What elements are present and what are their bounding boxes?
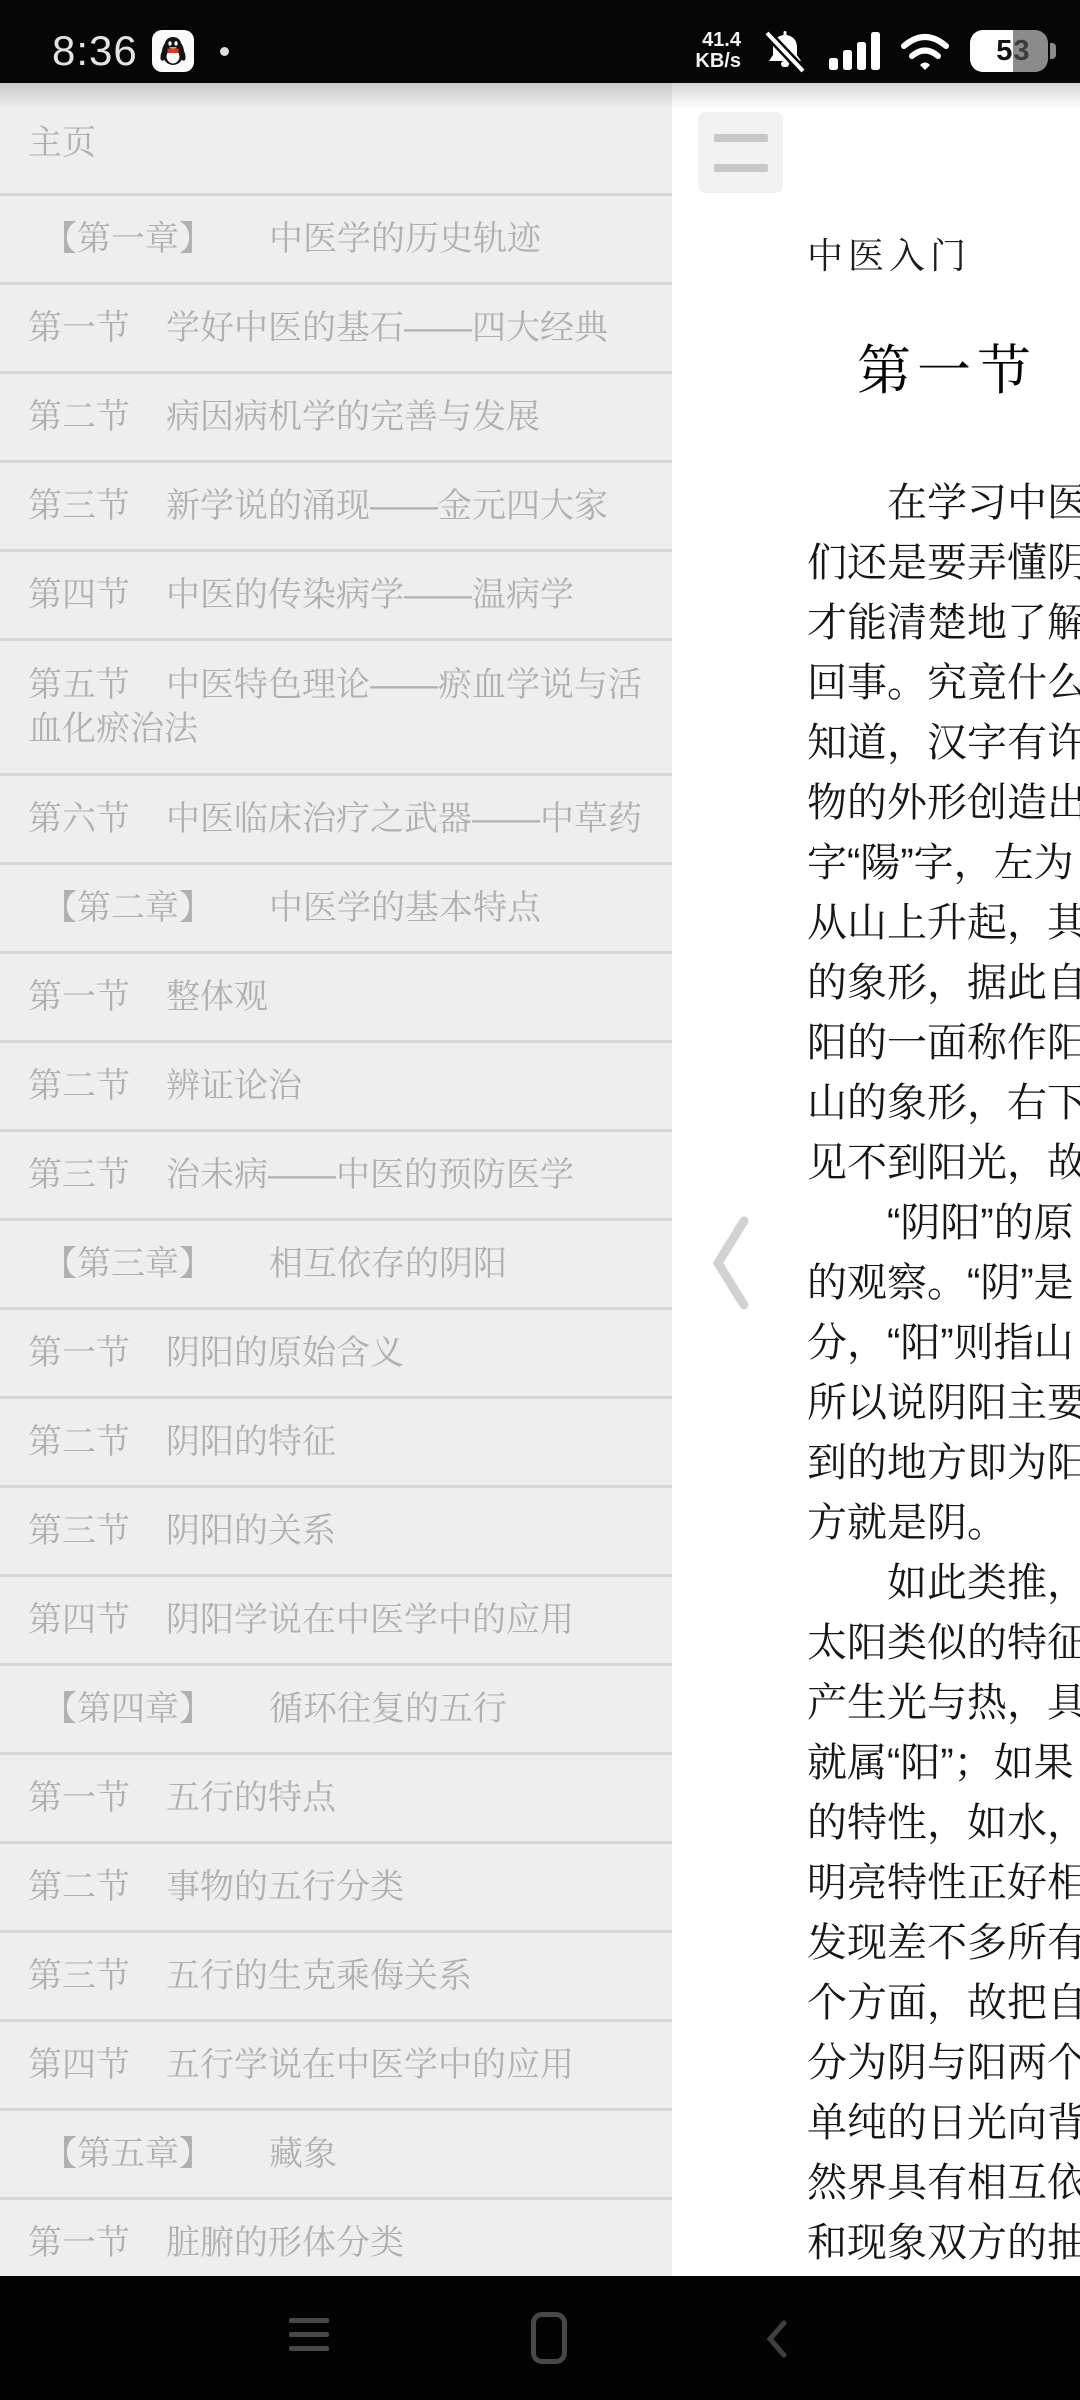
qq-penguin-icon [156, 34, 190, 68]
section-number: 第三节 [28, 1957, 130, 1995]
toc-item[interactable]: 第一节整体观 [0, 954, 672, 1043]
toc-item[interactable]: 第一节五行的特点 [0, 1755, 672, 1844]
body-line: 个方面，故把自 [807, 1973, 1080, 2033]
battery-percent-left: 5 [970, 30, 1013, 72]
toc-item[interactable]: 第四节五行学说在中医学中的应用 [0, 2022, 672, 2111]
body-line: 就属“阳”；如果 [807, 1733, 1080, 1793]
cell-signal-icon [829, 32, 880, 70]
toc-item[interactable]: 【第一章】中医学的历史轨迹 [0, 196, 672, 285]
toc-item-label: 五行学说在中医学中的应用 [166, 2046, 574, 2084]
section-number: 第四节 [28, 2046, 130, 2084]
toc-item[interactable]: 第三节新学说的涌现——金元四大家 [0, 463, 672, 552]
toc-item-label: 阴阳学说在中医学中的应用 [166, 1601, 574, 1639]
toc-item-label: 整体观 [166, 978, 268, 1016]
toc-item-label: 中医学的基本特点 [269, 889, 541, 927]
section-number: 第五节 [28, 666, 130, 704]
toc-item[interactable]: 第二节病因病机学的完善与发展 [0, 374, 672, 463]
body-line: 知道，汉字有许 [807, 713, 1080, 773]
body-line: 山的象形，右下 [807, 1073, 1080, 1133]
toc-item[interactable]: 第三节治未病——中医的预防医学 [0, 1132, 672, 1221]
body-line: 明亮特性正好相 [807, 1853, 1080, 1913]
body-line: 们还是要弄懂阴 [807, 533, 1080, 593]
body-line: 阳的一面称作阳 [807, 1013, 1080, 1073]
toc-item[interactable]: 【第三章】相互依存的阴阳 [0, 1221, 672, 1310]
toc-item-label: 循环往复的五行 [269, 1690, 507, 1728]
android-home-button[interactable] [531, 2312, 567, 2364]
paragraph: “阴阳”的原的观察。“阴”是分，“阳”则指山所以说阴阳主要到的地方即为阳方就是阴… [807, 1193, 1080, 1553]
body-line: 方就是阴。 [807, 1493, 1080, 1553]
chapter-number: 【第五章】 [43, 2135, 213, 2173]
bell-muted-icon [759, 27, 811, 75]
body-line: 所以说阴阳主要 [807, 1373, 1080, 1433]
body-line: 从山上升起，其 [807, 893, 1080, 953]
body-line: 到的地方即为阳 [807, 1433, 1080, 1493]
toc-item[interactable]: 第四节中医的传染病学——温病学 [0, 552, 672, 641]
body-line: 分，“阳”则指山 [807, 1313, 1080, 1373]
battery-percent-right: 3 [1013, 30, 1048, 72]
notification-dot-icon [220, 47, 229, 56]
paragraph: 在学习中医们还是要弄懂阴才能清楚地了解回事。究竟什么知道，汉字有许物的外形创造出… [807, 473, 1080, 1193]
body-line: 字“陽”字，左为 [807, 833, 1080, 893]
android-back-button[interactable] [766, 2320, 788, 2363]
body-line: 分为阴与阳两个 [807, 2033, 1080, 2093]
android-menu-button[interactable] [289, 2318, 329, 2351]
body-line: 然界具有相互依 [807, 2153, 1080, 2213]
section-number: 第一节 [28, 1779, 130, 1817]
toc-item-label: 阴阳的关系 [166, 1512, 336, 1550]
body-line: 在学习中医 [807, 473, 1080, 533]
body-text: 在学习中医们还是要弄懂阴才能清楚地了解回事。究竟什么知道，汉字有许物的外形创造出… [807, 473, 1080, 2273]
body-line: 的象形，据此自 [807, 953, 1080, 1013]
body-line: 单纯的日光向背 [807, 2093, 1080, 2153]
section-number: 第一节 [28, 978, 130, 1016]
section-heading: 第一节 [857, 333, 1080, 409]
qq-notification-icon [152, 30, 194, 72]
android-navigation-bar [0, 2276, 1080, 2400]
toc-item-home[interactable]: 主页 [0, 83, 672, 196]
toc-item[interactable]: 第三节五行的生克乘侮关系 [0, 1933, 672, 2022]
section-number: 第二节 [28, 1067, 130, 1105]
chapter-number: 【第一章】 [43, 220, 213, 258]
body-line: 太阳类似的特征 [807, 1613, 1080, 1673]
toc-item[interactable]: 第四节阴阳学说在中医学中的应用 [0, 1577, 672, 1666]
body-line: 产生光与热，具 [807, 1673, 1080, 1733]
toc-item[interactable]: 第五节中医特色理论——瘀血学说与活血化瘀治法 [0, 641, 672, 776]
page-previous-chevron-icon[interactable] [710, 1213, 750, 1318]
body-line: 的观察。“阴”是 [807, 1253, 1080, 1313]
clock: 8:36 [52, 27, 138, 75]
body-line: 和现象双方的抽 [807, 2213, 1080, 2273]
body-line: 见不到阳光，故 [807, 1133, 1080, 1193]
section-number: 第六节 [28, 800, 130, 838]
toc-item[interactable]: 第一节脏腑的形体分类 [0, 2200, 672, 2276]
toc-item[interactable]: 第一节学好中医的基石——四大经典 [0, 285, 672, 374]
main-area: 主页【第一章】中医学的历史轨迹第一节学好中医的基石——四大经典第二节病因病机学的… [0, 83, 1080, 2276]
toc-item-label: 五行的特点 [166, 1779, 336, 1817]
section-number: 第三节 [28, 1512, 130, 1550]
toc-item[interactable]: 第三节阴阳的关系 [0, 1488, 672, 1577]
toc-item[interactable]: 第六节中医临床治疗之武器——中草药 [0, 776, 672, 865]
section-number: 第三节 [28, 1156, 130, 1194]
toc-item-label: 阴阳的原始含义 [166, 1334, 404, 1372]
book-title: 中医入门 [807, 231, 1080, 281]
body-line: 的特性，如水， [807, 1793, 1080, 1853]
wifi-icon [898, 29, 952, 73]
body-line: “阴阳”的原 [807, 1193, 1080, 1253]
section-number: 第四节 [28, 1601, 130, 1639]
section-number: 第四节 [28, 576, 130, 614]
menu-bar-icon [714, 164, 768, 172]
toc-item[interactable]: 【第五章】藏象 [0, 2111, 672, 2200]
status-bar: 8:36 41.4 KB/s [0, 0, 1080, 83]
section-number: 第二节 [28, 1868, 130, 1906]
drawer-menu-button[interactable] [698, 112, 783, 193]
toc-item-label: 中医的传染病学——温病学 [166, 576, 574, 614]
toc-item-label: 辨证论治 [166, 1067, 302, 1105]
toc-item-label: 病因病机学的完善与发展 [166, 398, 540, 436]
toc-item-label: 学好中医的基石——四大经典 [166, 309, 608, 347]
paragraph: 如此类推，太阳类似的特征产生光与热，具就属“阳”；如果的特性，如水，明亮特性正好… [807, 1553, 1080, 2273]
toc-item-label: 相互依存的阴阳 [269, 1245, 507, 1283]
section-number: 第二节 [28, 398, 130, 436]
toc-item[interactable]: 第一节阴阳的原始含义 [0, 1310, 672, 1399]
toc-item-label: 中医学的历史轨迹 [269, 220, 541, 258]
section-number: 第三节 [28, 487, 130, 525]
toc-item[interactable]: 第二节事物的五行分类 [0, 1844, 672, 1933]
section-number: 第一节 [28, 1334, 130, 1372]
toc-item-label: 治未病——中医的预防医学 [166, 1156, 574, 1194]
chapter-number: 【第四章】 [43, 1690, 213, 1728]
section-number: 第一节 [28, 309, 130, 347]
body-line: 如此类推， [807, 1553, 1080, 1613]
network-speed: 41.4 KB/s [695, 30, 741, 72]
toc-item-label: 中医临床治疗之武器——中草药 [166, 800, 642, 838]
toc-item-label: 事物的五行分类 [166, 1868, 404, 1906]
body-line: 回事。究竟什么 [807, 653, 1080, 713]
table-of-contents-drawer: 主页【第一章】中医学的历史轨迹第一节学好中医的基石——四大经典第二节病因病机学的… [0, 83, 672, 2276]
toc-item-label: 五行的生克乘侮关系 [166, 1957, 472, 1995]
body-line: 才能清楚地了解 [807, 593, 1080, 653]
section-number: 第二节 [28, 1423, 130, 1461]
body-line: 发现差不多所有 [807, 1913, 1080, 1973]
toc-item-label: 阴阳的特征 [166, 1423, 336, 1461]
battery-icon: 5 3 [970, 30, 1056, 72]
toc-item[interactable]: 【第二章】中医学的基本特点 [0, 865, 672, 954]
menu-bar-icon [714, 134, 768, 142]
toc-item[interactable]: 第二节阴阳的特征 [0, 1399, 672, 1488]
body-line: 物的外形创造出 [807, 773, 1080, 833]
toc-item[interactable]: 第二节辨证论治 [0, 1043, 672, 1132]
toc-item-label: 主页 [28, 124, 96, 162]
chapter-number: 【第三章】 [43, 1245, 213, 1283]
section-number: 第一节 [28, 2224, 130, 2262]
toc-item[interactable]: 【第四章】循环往复的五行 [0, 1666, 672, 1755]
toc-item-label: 新学说的涌现——金元四大家 [166, 487, 608, 525]
toc-item-label: 藏象 [269, 2135, 337, 2173]
toc-item-label: 脏腑的形体分类 [166, 2224, 404, 2262]
reader-page: 中医入门 第一节 在学习中医们还是要弄懂阴才能清楚地了解回事。究竟什么知道，汉字… [672, 83, 1080, 2276]
chapter-number: 【第二章】 [43, 889, 213, 927]
